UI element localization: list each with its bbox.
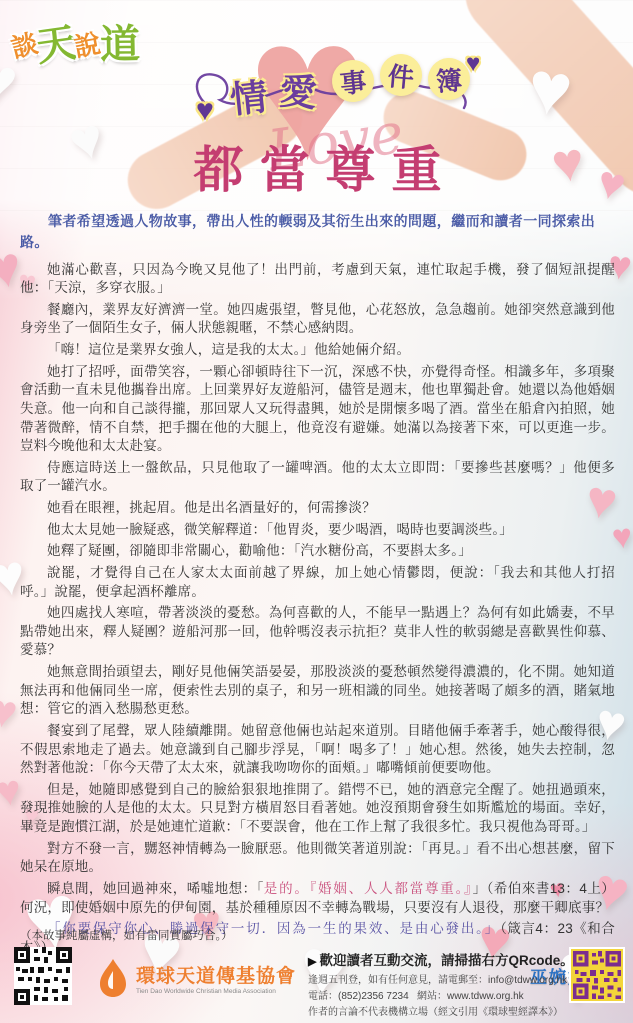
love-casebook-badge: ♥ 情 愛 事 件 簿 ♥ xyxy=(188,46,488,134)
qr-code-yellow xyxy=(569,947,625,1003)
interact-text: 歡迎讀者互動交流，請掃描右方QRcode。 xyxy=(319,953,573,968)
flyer-page: ♥ Love ♥ ♥ ♥ ♥ ♥ ♥ ♥ ♥ ♥ ♥ ♥ ♥ ♥ ♥ ♥ ♥ ♥… xyxy=(0,0,633,1023)
org-name-chinese: 環球天道傳基協會 xyxy=(136,961,296,988)
logo-char: 道 xyxy=(99,13,140,71)
story-paragraph: 餐廳內，業界友好濟濟一堂。她四處張望，瞥見他，心花怒放，急急趨前。她卻突然意識到… xyxy=(20,301,615,338)
note-info: 作者的言論不代表機構立場（經文引用《環球聖經譯本》） xyxy=(308,1003,561,1018)
article-title: 都當尊重 xyxy=(20,144,615,197)
tan-tian-shuo-dao-logo: 談天說道 xyxy=(10,8,142,74)
scripture-paragraph: 瞬息間，她回過神來，唏噓地想：「是的。『婚姻、人人都當尊重。』」（希伯來書13：… xyxy=(20,880,615,917)
contact-block: ▶歡迎讀者互動交流，請掃描右方QRcode。 逢週五刊登，如有任何意見，請電郵至… xyxy=(308,949,561,1019)
story-paragraph: 她打了招呼，面帶笑容，一顆心卻頓時往下一沉，深感不快，亦覺得奇怪。相識多年，多項… xyxy=(20,363,615,456)
story-paragraph: 侍應這時送上一盤飲品，只見他取了一罐啤酒。他的太太立即問：「要摻些甚麼嗎？」他便… xyxy=(20,459,615,496)
badge-char: 件 xyxy=(386,55,415,94)
story-paragraph: 她看在眼裡，挑起眉。他是出名酒量好的，何需摻淡？ xyxy=(20,499,615,518)
story-paragraph: 她釋了疑團，卻隨即非常關心，勸喻他：「汽水糖份高，不要斟太多。」 xyxy=(20,542,615,561)
scripture1-prefix: 瞬息間，她回過神來，唏噓地想：「 xyxy=(47,881,264,896)
org-logo-icon xyxy=(96,957,130,999)
story-paragraph: 對方不發一言，嬲怒神情轉為一臉厭惡。他則微笑著道別說：「再見。」看不出心想甚麼，… xyxy=(20,840,615,877)
badge-char: 簿 xyxy=(435,60,464,99)
heart-decoration: ♥ xyxy=(0,686,20,735)
story-paragraph: 但是，她隨即感覺到自己的臉給狠狠地推開了。錯愕不已，她的酒意完全醒了。她扭過頭來… xyxy=(20,781,615,837)
organization-block: 環球天道傳基協會 Tien Dao Worldwide Christian Me… xyxy=(96,957,296,999)
footer: （本故事純屬虛構，如有雷同實屬巧合。） xyxy=(0,927,633,1023)
badge-heart-icon: ♥ xyxy=(196,94,214,128)
publish-info: 逢週五刊登，如有任何意見，請電郵至：info@tdww.org.hk xyxy=(308,971,561,986)
org-name-english: Tien Dao Worldwide Christian Media Assoc… xyxy=(136,988,296,995)
intro-paragraph: 筆者希望透過人物故事，帶出人性的輭弱及其衍生出來的問題，繼而和讀者一同探索出路。 xyxy=(20,211,615,253)
qr-code-black xyxy=(14,947,72,1005)
scripture1-quote: 是的。『婚姻、人人都當尊重。』 xyxy=(264,881,473,897)
story-paragraph: 她無意間抬頭望去，剛好見他倆笑語晏晏，那股淡淡的憂愁頓然變得濃濃的，化不開。她知… xyxy=(20,663,615,719)
badge-char: 愛 xyxy=(278,61,319,117)
logo-char: 說 xyxy=(71,23,103,64)
phone-info: 電話：(852)2356 7234 xyxy=(308,991,409,1002)
arrow-icon: ▶ xyxy=(308,956,316,968)
story-paragraph: 餐宴到了尾聲，眾人陸續離開。她留意他倆也站起來道別。目睹他倆手牽著手，她心酸得很… xyxy=(20,722,615,778)
story-paragraph: 她滿心歡喜，只因為今晚又見他了！出門前，考慮到天氣，連忙取起手機，發了個短訊提醒… xyxy=(20,261,615,298)
badge-char: 情 xyxy=(227,66,269,124)
article-body: 都當尊重 筆者希望透過人物故事，帶出人性的輭弱及其衍生出來的問題，繼而和讀者一同… xyxy=(20,144,615,988)
story-paragraph: 「嗨！這位是業界女強人，這是我的太太。」他給她倆介紹。 xyxy=(20,341,615,360)
website-info: 網站：www.tdww.org.hk xyxy=(417,991,524,1002)
story-paragraph: 他太太見她一臉疑惑，微笑解釋道：「他胃炎，要少喝酒，喝時也要調淡些。」 xyxy=(20,521,615,540)
story-paragraph: 說罷，才覺得自己在人家太太面前越了界線，加上她心情鬱悶，便說：「我去和其他人打招… xyxy=(20,564,615,601)
badge-char: 事 xyxy=(338,61,368,101)
disclaimer-text: （本故事純屬虛構，如有雷同實屬巧合。） xyxy=(20,927,625,943)
story-paragraph: 她四處找人寒喧，帶著淡淡的憂愁。為何喜歡的人，不能早一點遇上？為何有如此嬌妻，不… xyxy=(20,604,615,660)
